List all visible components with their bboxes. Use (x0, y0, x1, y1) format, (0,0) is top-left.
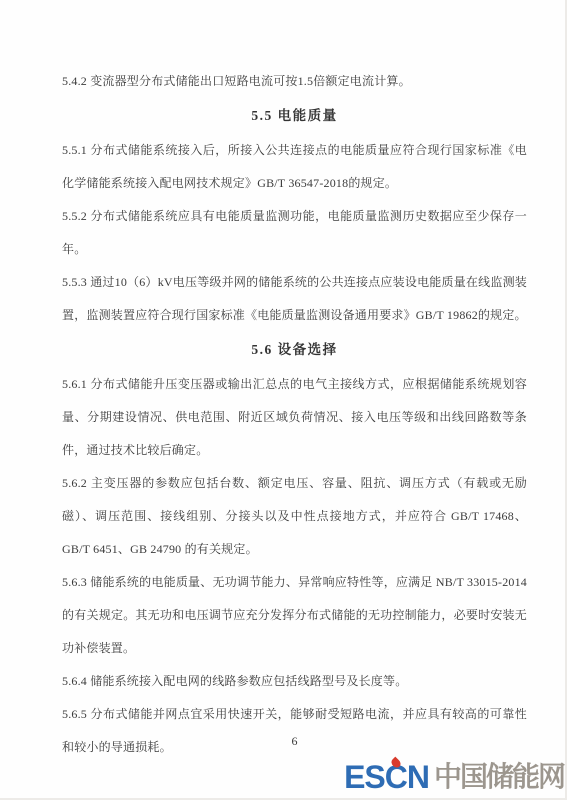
clause-5-6-1: 5.6.1 分布式储能升压变压器或输出汇总点的电气主接线方式，应根据储能系统规划… (62, 368, 527, 467)
clause-5-6-5: 5.6.5 分布式储能并网点宜采用快速开关，能够耐受短路电流，并应具有较高的可靠… (62, 698, 527, 764)
escn-watermark-logo: ESCN 中国储能网 (344, 761, 564, 793)
escn-logo-text: ESCN (344, 759, 429, 795)
document-page: 5.4.2 变流器型分布式储能出口短路电流可按1.5倍额定电流计算。 5.5 电… (0, 0, 567, 800)
section-heading-5-6: 5.6 设备选择 (62, 332, 527, 368)
clause-5-5-3: 5.5.3 通过10（6）kV电压等级并网的储能系统的公共连接点应装设电能质量在… (62, 266, 527, 332)
page-number: 6 (62, 734, 527, 749)
section-heading-5-5: 5.5 电能质量 (62, 98, 527, 134)
escn-logo-chinese-text: 中国储能网 (434, 763, 564, 791)
escn-logo-wordmark: ESCN (344, 761, 429, 793)
clause-5-5-1: 5.5.1 分布式储能系统接入后，所接入公共连接点的电能质量应符合现行国家标准《… (62, 134, 527, 200)
document-body: 5.4.2 变流器型分布式储能出口短路电流可按1.5倍额定电流计算。 5.5 电… (62, 65, 527, 764)
clause-5-6-2: 5.6.2 主变压器的参数应包括台数、额定电压、容量、阻抗、调压方式（有载或无励… (62, 467, 527, 566)
clause-5-6-4: 5.6.4 储能系统接入配电网的线路参数应包括线路型号及长度等。 (62, 665, 527, 698)
clause-5-4-2: 5.4.2 变流器型分布式储能出口短路电流可按1.5倍额定电流计算。 (62, 65, 527, 98)
clause-5-6-3: 5.6.3 储能系统的电能质量、无功调节能力、异常响应特性等，应满足 NB/T … (62, 566, 527, 665)
clause-5-5-2: 5.5.2 分布式储能系统应具有电能质量监测功能，电能质量监测历史数据应至少保存… (62, 200, 527, 266)
